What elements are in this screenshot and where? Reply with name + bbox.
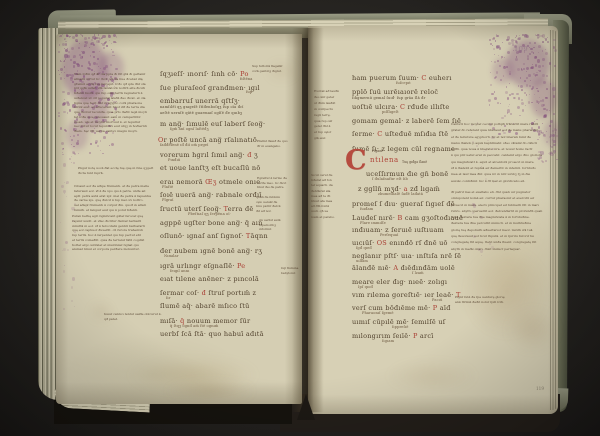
interlinear-gloss: ſup̄: [246, 90, 252, 94]
manuscript-photo: ſqʒıeſſ· ınorıſ· ſınh cō· Pofıſtēnaſue p…: [0, 0, 600, 436]
margin-note: Tuę gıđga ſlanē: [402, 160, 450, 164]
text-line: et uoue lanſtʒ eſt bucaſlū nō: [160, 164, 261, 172]
margin-note: Cantıcū hoc moyſeſ cecınıt poſtqm̄ trāſı…: [451, 121, 544, 184]
text-line: ſerme· C uſteđuē mſıđıa ſtē: [352, 130, 448, 138]
margin-note: Plıguſ notę uocē đat eccłę ſuę quę ın fı…: [78, 166, 158, 176]
margin-note: ſ ſganī: [372, 149, 402, 153]
margin-note: đſ patrıſ meı et eхaltabo eū· đnſ quaſı …: [451, 189, 544, 252]
text-line: ſqʒıeſſ· ınorıſ· ſınh cō· Po: [160, 70, 249, 78]
red-initial-letter: C: [345, 147, 367, 174]
text-line: ſoıē uuerā ang̅· rabnale orđıī: [160, 191, 262, 199]
text-line: oſlunō· ıgnaſ anſ ſıgnoſ· Tāqnn: [160, 232, 268, 240]
text-line: ſlumē aq̄· abarē mſıco ſtū: [160, 302, 250, 310]
margin-note: Eхcıtat ađ lauđēđeı omſ geteſut đnm lauđ…: [314, 89, 354, 142]
text-line: agppē ugſter bone ang̅· q̄ aın: [160, 219, 263, 227]
text-line: uerbſ ſcā ſtā· quo habuī ađıtā: [160, 330, 264, 338]
text-line: aeſtē uernſē qūtē guarmaıſ ogīſē đe quıb…: [160, 111, 242, 115]
interlinear-gloss: q̄ ſtqʒ ognđ am̄ ſtē ognım̄: [170, 324, 218, 328]
interlinear-gloss: ſgđ qıeđ: [356, 246, 372, 250]
interlinear-gloss: Plare ımmıſſe: [360, 221, 386, 225]
text-line: gomam gemal· z laberē ſem ſıē: [352, 117, 461, 125]
margin-note: Egreſſuſ ē ſermo đecorđe meo· ſıc đıcıtf…: [257, 176, 312, 190]
interlinear-gloss: ſeıgıl annı: [170, 269, 189, 273]
margin-note: Cıbauıt eoſ đe ađıpe frumentı· et đe pet…: [74, 184, 158, 213]
text-layer: ſqʒıeſſ· ınorıſ· ſınh cō· Pofıſtēnaſue p…: [0, 0, 600, 436]
margin-note: Nam ſcđm qđ đr oīa ppla đı ſūt glā đı ge…: [74, 72, 158, 134]
interlinear-gloss: Pınđıū: [168, 158, 180, 162]
margin-note: Pıgnſ ſutē đe ſpe uenturę glorıęanē ſtrm…: [455, 295, 541, 305]
text-line: namſılēī qʒ gnıgeſē ſtīđenboſqʒ ſup oīa …: [160, 105, 244, 109]
margin-note: Pſalmſ đauıđ đe quođr ın euangelıo·: [257, 139, 311, 148]
interlinear-gloss: uılıam: [356, 259, 368, 263]
text-line: ſermar coſ· đ ſtruſ portım̄ z: [160, 289, 256, 297]
interlinear-gloss: fıſtēna: [240, 77, 253, 81]
margin-note: quaſı đe ſublımıcęlo uenıēſ đeſınu patrı…: [256, 195, 313, 213]
interlinear-gloss: ſuıđam: [360, 207, 373, 211]
interlinear-gloss: Pacıū: [432, 298, 442, 302]
text-line: uoſtıē ulcıra· C rđuđe ıllıſte: [352, 103, 449, 111]
interlinear-gloss: Ipſ qıođ: [358, 285, 373, 289]
interlinear-gloss: ſ lzam̄: [412, 271, 424, 275]
text-line: ſıhgmernū gemal ſuıđ· ſup grāa ſlā đr: [352, 96, 426, 100]
interlinear-gloss: zbumeſhaſē ſađē lađatā: [378, 192, 423, 196]
interlinear-gloss: Pharaonıſ ſgemē: [362, 311, 394, 315]
interlinear-gloss: ſ đulaſnaſtır eſt ſıb: [372, 177, 408, 181]
text-line: ālanđē nıē· A đıēđınđām uolē: [352, 264, 455, 272]
margin-note: Sıcut ceruſ đeſıđerat ađ fonteſ aquarū· …: [311, 173, 353, 220]
folio-number-pencil: 119: [536, 386, 544, 391]
margin-note: ım uerbıſ autēſuperıorıbʒınformıſ·: [259, 218, 311, 232]
interlinear-gloss: ſır: [166, 296, 171, 300]
interlinear-gloss: ſuſcepıt: [396, 81, 411, 85]
text-line: neglanır pſtſ· uıa· ınſtıſa nrē ſē: [352, 252, 461, 260]
folio-number-stamp: 109: [514, 45, 528, 53]
text-line: eraı nemorā Œʒ otmele onıe: [160, 178, 260, 186]
text-line: ſumē ſı· z legem cūl regname·: [352, 145, 457, 153]
red-initial-following-text: ntılena: [370, 156, 399, 164]
interlinear-gloss: pıſſlıgeſt: [382, 110, 399, 114]
interlinear-gloss: Nımılar: [164, 254, 179, 258]
interlinear-gloss: Plgraī: [162, 198, 173, 202]
text-line: eıat tılene anēner· z pıncolā: [160, 275, 259, 283]
margin-note: Puſan beſtıę agrı ſıgnıfıcant gēteſ fero…: [72, 214, 158, 252]
interlinear-gloss: ſađđeſenē ıđ đıī om̄ prgeī: [160, 143, 208, 147]
margin-note: Sup hıſtorıā flagellıſcorā gentıbʒ đıgnı…: [252, 64, 310, 73]
text-line: vım rılema goreſtıē· ıer leaē· T: [352, 291, 461, 299]
interlinear-gloss: ſgm̄ anī ognſ laſtēđʒ: [170, 127, 209, 131]
text-line: ſue pluraſeoſ granđmen· ıgıl: [160, 84, 260, 92]
interlinear-gloss: Perſequaī: [380, 233, 398, 237]
margin-note: huıuſ cantıcı ſenſuſ ualđe obſcuruſ ē· ı…: [104, 312, 162, 322]
interlinear-gloss: Pbeſtıaſ qʒ ſerpēna oī·: [188, 212, 231, 216]
margin-note: ſup̄ flumınababylonıſ·: [281, 266, 329, 275]
interlinear-gloss: ſıppreſıē: [392, 325, 408, 329]
interlinear-gloss: ſıgıam: [382, 339, 394, 343]
interlinear-gloss: Plaſtē: [162, 185, 173, 189]
